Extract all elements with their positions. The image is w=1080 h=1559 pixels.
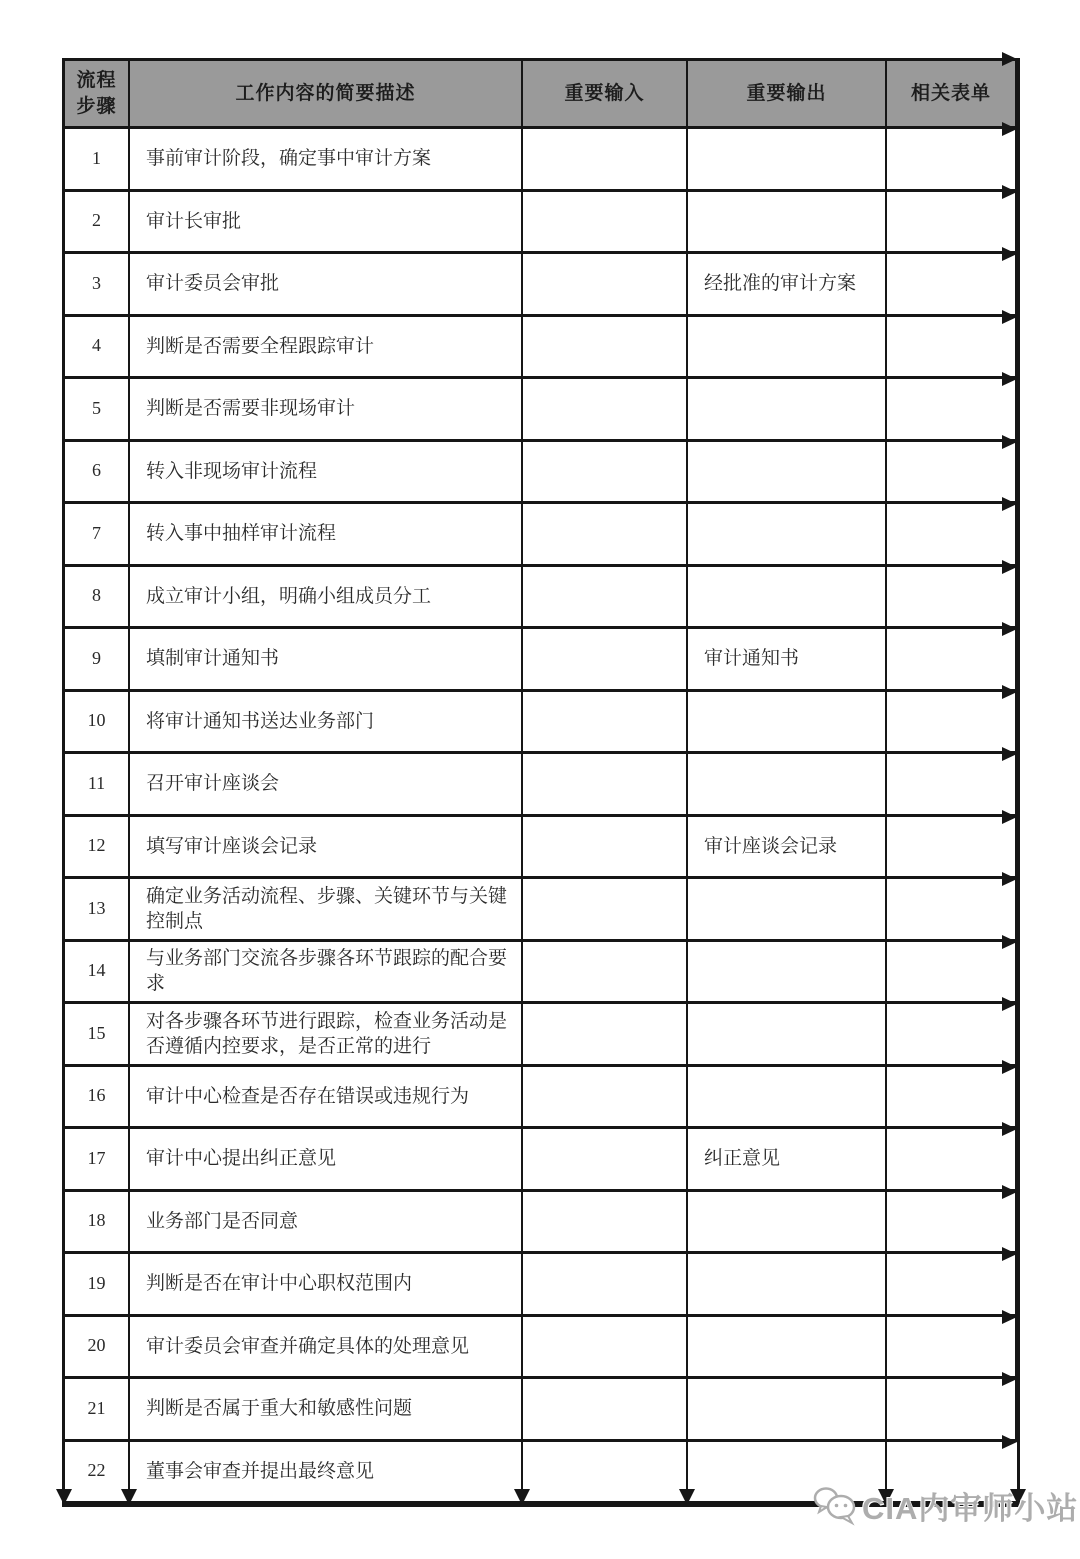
step-input-cell (523, 879, 688, 939)
watermark-logo-icon (812, 1484, 858, 1526)
step-description-cell: 对各步骤各环节进行跟踪，检查业务活动是否遵循内控要求，是否正常的进行 (130, 1004, 523, 1064)
step-output-cell (688, 129, 887, 189)
step-input-cell (523, 567, 688, 627)
step-number-cell: 20 (65, 1317, 130, 1377)
step-form-cell (887, 442, 1017, 502)
step-description-cell: 审计委员会审批 (130, 254, 523, 314)
step-number-cell: 22 (65, 1442, 130, 1502)
step-input-cell (523, 1254, 688, 1314)
table-row: 9 填制审计通知书 审计通知书 (65, 629, 1017, 692)
step-description-cell: 审计长审批 (130, 192, 523, 252)
step-number-cell: 21 (65, 1379, 130, 1439)
step-output-cell (688, 504, 887, 564)
step-output-cell (688, 1254, 887, 1314)
step-form-cell (887, 942, 1017, 1002)
step-output-cell (688, 379, 887, 439)
step-description-cell: 董事会审查并提出最终意见 (130, 1442, 523, 1502)
table-row: 14 与业务部门交流各步骤各环节跟踪的配合要求 (65, 942, 1017, 1005)
step-number-cell: 10 (65, 692, 130, 752)
step-number-cell: 4 (65, 317, 130, 377)
step-input-cell (523, 442, 688, 502)
step-input-cell (523, 1004, 688, 1064)
step-output-cell (688, 567, 887, 627)
step-form-cell (887, 1129, 1017, 1189)
step-form-cell (887, 1067, 1017, 1127)
step-form-cell (887, 692, 1017, 752)
step-input-cell (523, 692, 688, 752)
step-input-cell (523, 129, 688, 189)
step-input-cell (523, 1067, 688, 1127)
step-output-cell (688, 1004, 887, 1064)
table-row: 21 判断是否属于重大和敏感性问题 (65, 1379, 1017, 1442)
step-output-cell (688, 192, 887, 252)
step-description-cell: 成立审计小组，明确小组成员分工 (130, 567, 523, 627)
step-description-cell: 审计委员会审查并确定具体的处理意见 (130, 1317, 523, 1377)
step-form-cell (887, 629, 1017, 689)
step-output-cell (688, 1067, 887, 1127)
table-row: 1 事前审计阶段，确定事中审计方案 (65, 129, 1017, 192)
table-row: 20 审计委员会审查并确定具体的处理意见 (65, 1317, 1017, 1380)
step-description-cell: 填制审计通知书 (130, 629, 523, 689)
step-description-cell: 判断是否在审计中心职权范围内 (130, 1254, 523, 1314)
step-input-cell (523, 379, 688, 439)
table-row: 4 判断是否需要全程跟踪审计 (65, 317, 1017, 380)
step-output-cell: 纠正意见 (688, 1129, 887, 1189)
step-description-cell: 将审计通知书送达业务部门 (130, 692, 523, 752)
step-input-cell (523, 504, 688, 564)
step-output-cell (688, 754, 887, 814)
step-number-cell: 6 (65, 442, 130, 502)
step-description-cell: 审计中心提出纠正意见 (130, 1129, 523, 1189)
step-number-cell: 15 (65, 1004, 130, 1064)
step-output-cell (688, 692, 887, 752)
step-form-cell (887, 379, 1017, 439)
step-form-cell (887, 879, 1017, 939)
step-description-cell: 事前审计阶段，确定事中审计方案 (130, 129, 523, 189)
table-row: 13 确定业务活动流程、步骤、关键环节与关键控制点 (65, 879, 1017, 942)
step-form-cell (887, 317, 1017, 377)
step-number-cell: 16 (65, 1067, 130, 1127)
step-input-cell (523, 1379, 688, 1439)
step-number-cell: 14 (65, 942, 130, 1002)
step-number-cell: 19 (65, 1254, 130, 1314)
audit-flow-table: 流程步骤 工作内容的简要描述 重要输入 重要输出 相关表单 1 事前审计阶段，确… (62, 58, 1020, 1507)
step-input-cell (523, 629, 688, 689)
step-description-cell: 转入事中抽样审计流程 (130, 504, 523, 564)
step-input-cell (523, 254, 688, 314)
step-form-cell (887, 254, 1017, 314)
step-form-cell (887, 817, 1017, 877)
step-description-cell: 判断是否需要全程跟踪审计 (130, 317, 523, 377)
table-row: 6 转入非现场审计流程 (65, 442, 1017, 505)
step-form-cell (887, 1192, 1017, 1252)
step-input-cell (523, 1442, 688, 1502)
step-description-cell: 判断是否需要非现场审计 (130, 379, 523, 439)
table-row: 19 判断是否在审计中心职权范围内 (65, 1254, 1017, 1317)
step-output-cell: 经批准的审计方案 (688, 254, 887, 314)
step-number-cell: 2 (65, 192, 130, 252)
step-output-cell (688, 1317, 887, 1377)
step-form-cell (887, 192, 1017, 252)
step-number-cell: 3 (65, 254, 130, 314)
step-form-cell (887, 129, 1017, 189)
watermark: CIA内审师小站 (812, 1479, 1080, 1531)
column-header-description: 工作内容的简要描述 (130, 61, 523, 126)
step-output-cell (688, 317, 887, 377)
step-input-cell (523, 192, 688, 252)
step-number-cell: 11 (65, 754, 130, 814)
step-number-cell: 1 (65, 129, 130, 189)
column-header-form: 相关表单 (887, 61, 1017, 126)
column-header-output: 重要输出 (688, 61, 887, 126)
step-output-cell (688, 879, 887, 939)
table-row: 12 填写审计座谈会记录 审计座谈会记录 (65, 817, 1017, 880)
step-output-cell: 审计通知书 (688, 629, 887, 689)
step-description-cell: 召开审计座谈会 (130, 754, 523, 814)
table-row: 10 将审计通知书送达业务部门 (65, 692, 1017, 755)
step-number-cell: 18 (65, 1192, 130, 1252)
table-row: 3 审计委员会审批 经批准的审计方案 (65, 254, 1017, 317)
step-input-cell (523, 942, 688, 1002)
watermark-text: CIA内审师小站 (862, 1483, 1078, 1528)
step-number-cell: 12 (65, 817, 130, 877)
table-row: 17 审计中心提出纠正意见 纠正意见 (65, 1129, 1017, 1192)
step-output-cell (688, 1192, 887, 1252)
step-description-cell: 确定业务活动流程、步骤、关键环节与关键控制点 (130, 879, 523, 939)
step-input-cell (523, 1129, 688, 1189)
step-number-cell: 8 (65, 567, 130, 627)
step-output-cell (688, 1379, 887, 1439)
step-output-cell (688, 942, 887, 1002)
step-number-cell: 7 (65, 504, 130, 564)
step-input-cell (523, 1317, 688, 1377)
step-form-cell (887, 1317, 1017, 1377)
step-input-cell (523, 1192, 688, 1252)
step-form-cell (887, 504, 1017, 564)
step-number-cell: 9 (65, 629, 130, 689)
step-form-cell (887, 1254, 1017, 1314)
table-row: 11 召开审计座谈会 (65, 754, 1017, 817)
table-row: 16 审计中心检查是否存在错误或违规行为 (65, 1067, 1017, 1130)
table-row: 7 转入事中抽样审计流程 (65, 504, 1017, 567)
step-form-cell (887, 754, 1017, 814)
table-header-row: 流程步骤 工作内容的简要描述 重要输入 重要输出 相关表单 (65, 61, 1017, 129)
table-row: 2 审计长审批 (65, 192, 1017, 255)
table-row: 18 业务部门是否同意 (65, 1192, 1017, 1255)
step-number-cell: 5 (65, 379, 130, 439)
step-form-cell (887, 1379, 1017, 1439)
step-number-cell: 17 (65, 1129, 130, 1189)
step-input-cell (523, 817, 688, 877)
step-form-cell (887, 567, 1017, 627)
table-row: 8 成立审计小组，明确小组成员分工 (65, 567, 1017, 630)
step-description-cell: 判断是否属于重大和敏感性问题 (130, 1379, 523, 1439)
step-description-cell: 审计中心检查是否存在错误或违规行为 (130, 1067, 523, 1127)
step-description-cell: 业务部门是否同意 (130, 1192, 523, 1252)
step-description-cell: 与业务部门交流各步骤各环节跟踪的配合要求 (130, 942, 523, 1002)
column-header-input: 重要输入 (523, 61, 688, 126)
step-description-cell: 转入非现场审计流程 (130, 442, 523, 502)
table-row: 15 对各步骤各环节进行跟踪，检查业务活动是否遵循内控要求，是否正常的进行 (65, 1004, 1017, 1067)
table-row: 5 判断是否需要非现场审计 (65, 379, 1017, 442)
step-output-cell: 审计座谈会记录 (688, 817, 887, 877)
step-form-cell (887, 1004, 1017, 1064)
column-header-step: 流程步骤 (65, 61, 130, 126)
step-description-cell: 填写审计座谈会记录 (130, 817, 523, 877)
scanned-audit-flow-page: 流程步骤 工作内容的简要描述 重要输入 重要输出 相关表单 1 事前审计阶段，确… (0, 0, 1080, 1559)
step-number-cell: 13 (65, 879, 130, 939)
step-input-cell (523, 754, 688, 814)
step-output-cell (688, 442, 887, 502)
step-input-cell (523, 317, 688, 377)
